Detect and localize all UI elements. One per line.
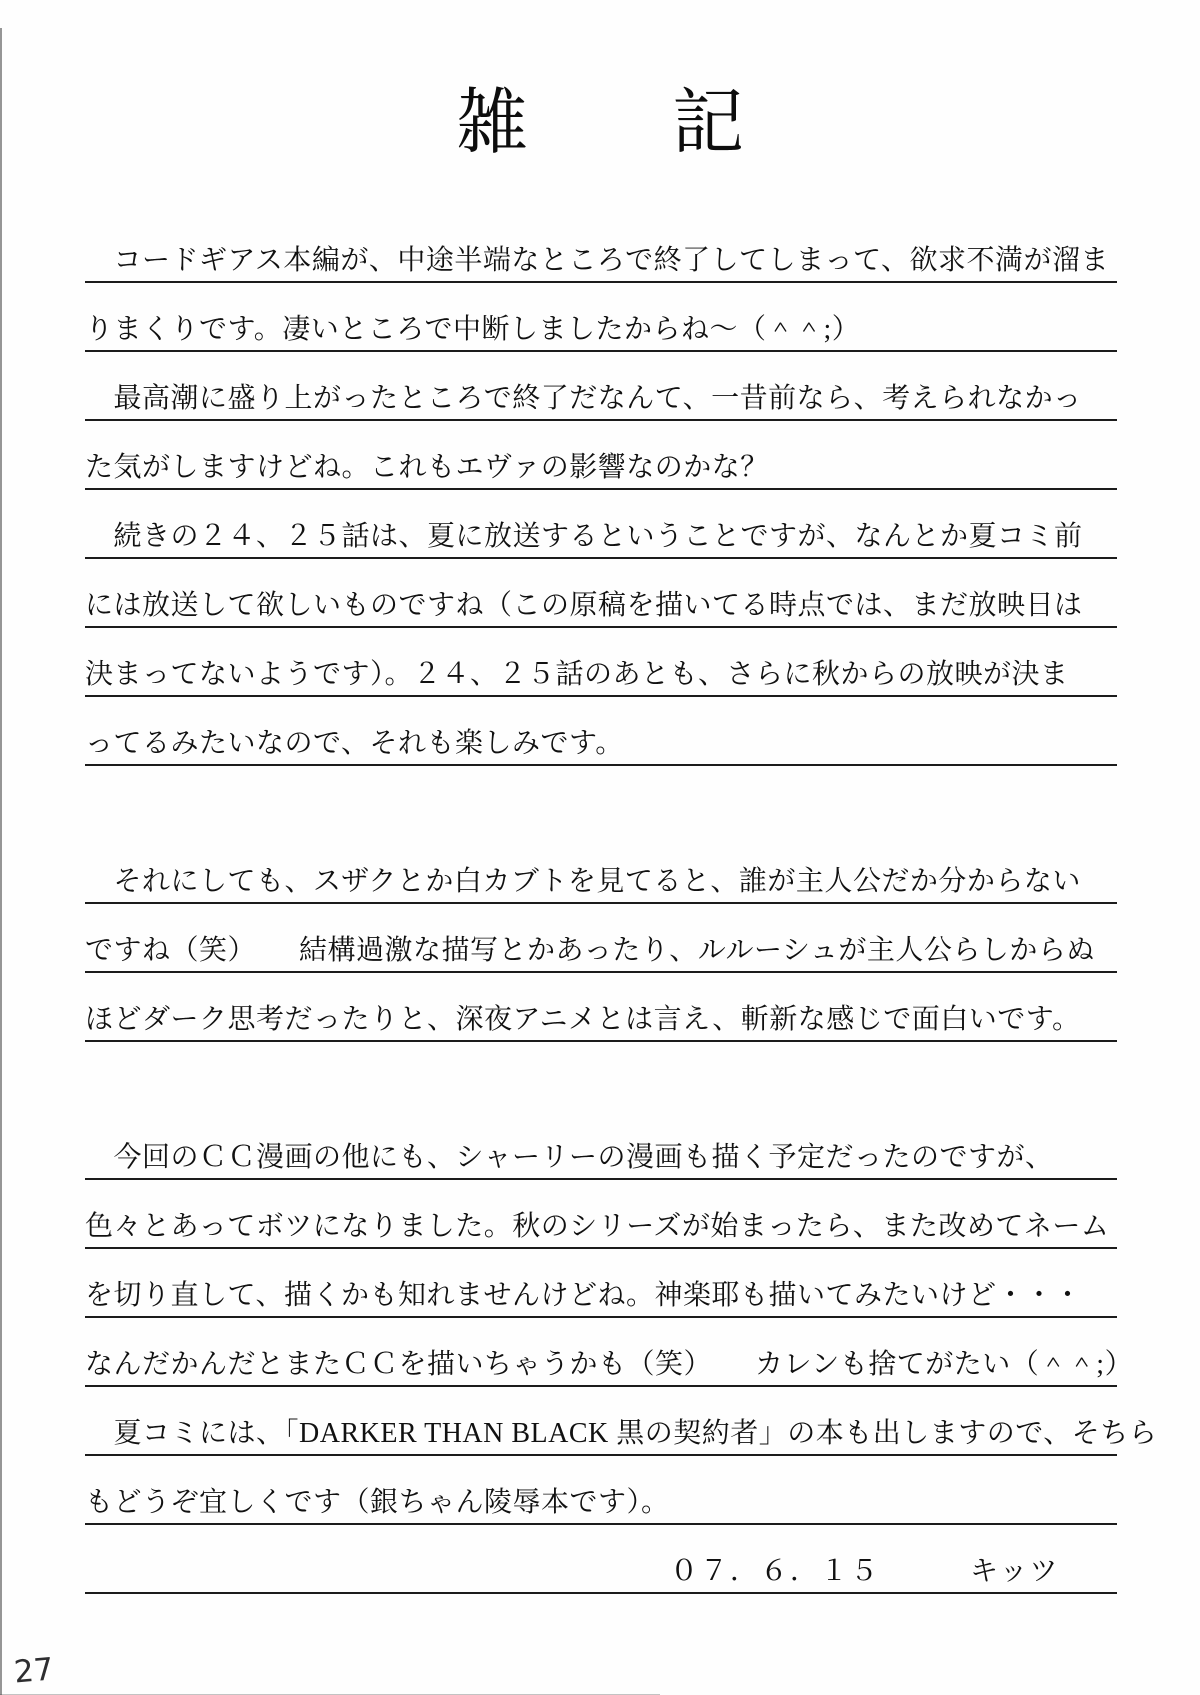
scan-edge-artifact-left (0, 28, 2, 1695)
body-text-block: コードギアス本編が、中途半端なところで終了してしまって、欲求不満が溜ま りまくり… (85, 214, 1117, 1594)
page-title: 雑 記 (0, 80, 1200, 166)
text-line: なんだかんだとまたＣＣを描いちゃうかも（笑） カレンも捨てがたい（＾＾;） (85, 1318, 1117, 1387)
text-line: 今回のＣＣ漫画の他にも、シャーリーの漫画も描く予定だったのですが、 (85, 1111, 1117, 1180)
text-line: ですね（笑） 結構過激な描写とかあったり、ルルーシュが主人公らしからぬ (85, 904, 1117, 973)
text-line: もどうぞ宜しくです（銀ちゃん陵辱本です）。 (85, 1456, 1117, 1525)
page-number: 27 (13, 1651, 55, 1690)
scanned-document-page: 雑 記 コードギアス本編が、中途半端なところで終了してしまって、欲求不満が溜ま … (0, 0, 1200, 1695)
text-line: 最高潮に盛り上がったところで終了だなんて、一昔前なら、考えられなかっ (85, 352, 1117, 421)
text-line: には放送して欲しいものですね（この原稿を描いてる時点では、まだ放映日は (85, 559, 1117, 628)
date-signature-line: ０７．６．１５ キッツ (85, 1525, 1117, 1594)
text-line: コードギアス本編が、中途半端なところで終了してしまって、欲求不満が溜ま (85, 214, 1117, 283)
text-line: 夏コミには、「DARKER THAN BLACK 黒の契約者」の本も出しますので… (85, 1387, 1117, 1456)
text-line: 色々とあってボツになりました。秋のシリーズが始まったら、また改めてネーム (85, 1180, 1117, 1249)
text-line: た気がしますけどね。これもエヴァの影響なのかな？ (85, 421, 1117, 490)
text-line: りまくりです。凄いところで中断しましたからね～（＾＾;） (85, 283, 1117, 352)
blank-line (85, 1042, 1117, 1111)
text-line: ってるみたいなので、それも楽しみです。 (85, 697, 1117, 766)
blank-line (85, 766, 1117, 835)
text-line: ほどダーク思考だったりと、深夜アニメとは言え、斬新な感じで面白いです。 (85, 973, 1117, 1042)
text-line: 決まってないようです）。２４、２５話のあとも、さらに秋からの放映が決ま (85, 628, 1117, 697)
text-line: を切り直して、描くかも知れませんけどね。神楽耶も描いてみたいけど・・・ (85, 1249, 1117, 1318)
text-line: それにしても、スザクとか白カブトを見てると、誰が主人公だか分からない (85, 835, 1117, 904)
text-line: 続きの２４、２５話は、夏に放送するということですが、なんとか夏コミ前 (85, 490, 1117, 559)
